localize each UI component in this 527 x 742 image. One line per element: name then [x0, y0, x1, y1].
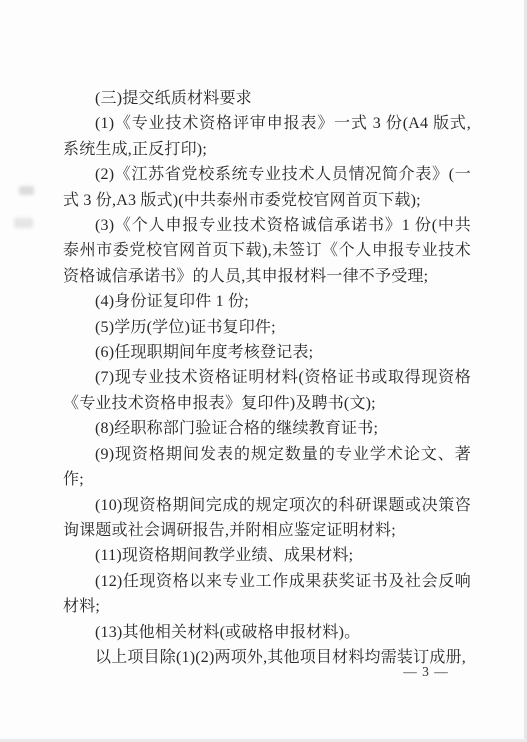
document-paragraph: (11)现资格期间教学业绩、成果材料;	[63, 543, 471, 568]
document-paragraph: (8)经职称部门验证合格的继续教育证书;	[63, 416, 471, 441]
scan-smudge	[14, 218, 33, 228]
document-paragraph: (9)现资格期间发表的规定数量的专业学术论文、著作;	[63, 442, 471, 493]
document-paragraph: (2)《江苏省党校系统专业技术人员情况简介表》(一式 3 份,A3 版式)(中共…	[63, 162, 471, 213]
document-body: (三)提交纸质材料要求 (1)《专业技术资格评审申报表》一式 3 份(A4 版式…	[63, 86, 471, 670]
document-paragraph: (7)现专业技术资格证明材料(资格证书或取得现资格《专业技术资格申报表》复印件)…	[63, 365, 471, 416]
document-paragraph: (1)《专业技术资格评审申报表》一式 3 份(A4 版式,系统生成,正反打印);	[63, 111, 471, 162]
document-page: (三)提交纸质材料要求 (1)《专业技术资格评审申报表》一式 3 份(A4 版式…	[0, 0, 527, 742]
section-heading: (三)提交纸质材料要求	[63, 86, 471, 111]
document-paragraph: (13)其他相关材料(或破格申报材料)。	[63, 620, 471, 645]
document-paragraph: (3)《个人申报专业技术资格诚信承诺书》1 份(中共泰州市委党校官网首页下载),…	[63, 213, 471, 289]
document-paragraph: (4)身份证复印件 1 份;	[63, 289, 471, 314]
scan-smudge	[19, 186, 34, 195]
document-paragraph: (10)现资格期间完成的规定项次的科研课题或决策咨询课题或社会调研报告,并附相应…	[63, 493, 471, 544]
document-paragraph: (5)学历(学位)证书复印件;	[63, 315, 471, 340]
page-number: — 3 —	[396, 664, 456, 680]
document-paragraph: (6)任现职期间年度考核登记表;	[63, 340, 471, 365]
document-paragraph: (12)任现资格以来专业工作成果获奖证书及社会反响材料;	[63, 569, 471, 620]
